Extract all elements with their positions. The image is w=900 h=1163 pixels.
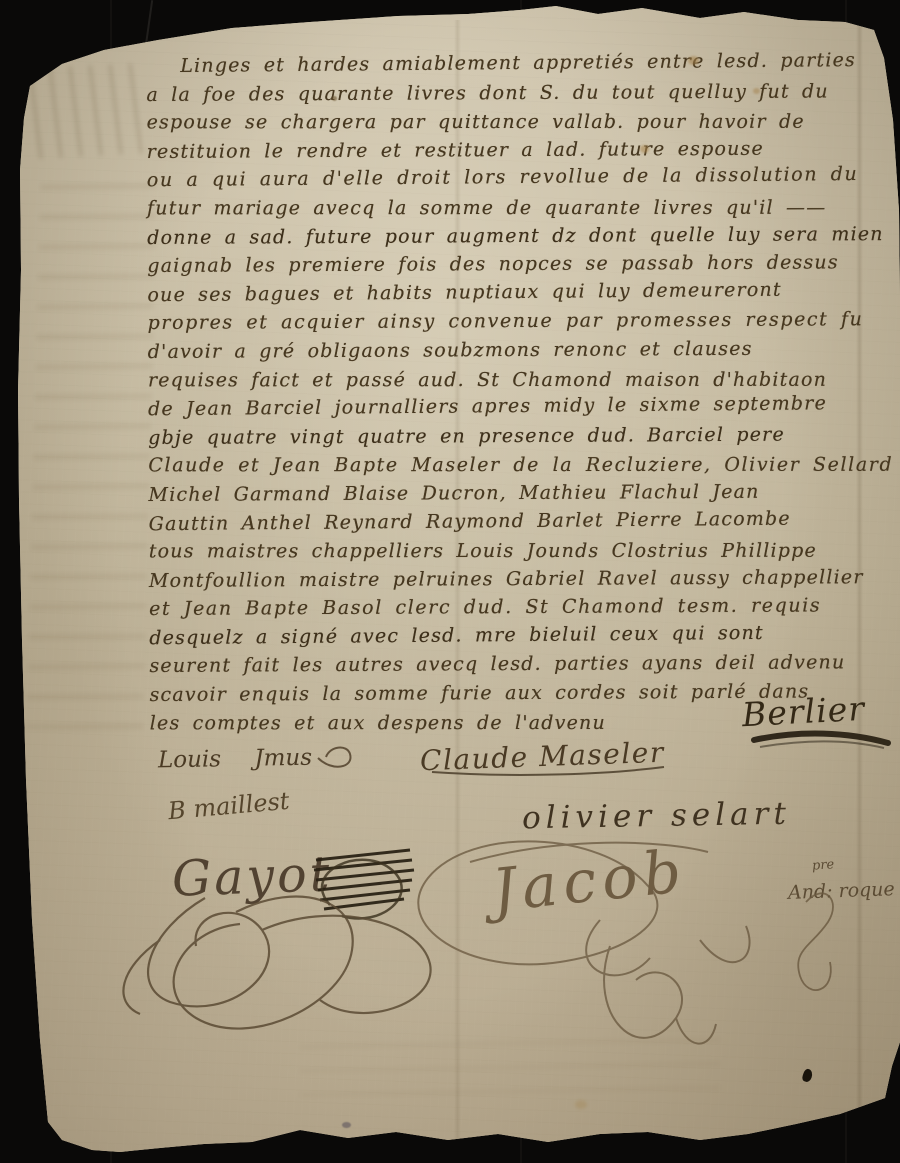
manuscript-line: donne a sad. future pour augment dz dont… [147, 220, 889, 252]
signature-claude-maseler: Claude Maseler [419, 736, 665, 778]
manuscript-line: d'avoir a gré obligaons soubzmons renonc… [148, 334, 890, 366]
manuscript-line: a la foe des quarante livres dont S. du … [146, 77, 888, 109]
ink-bleed-through [27, 169, 158, 732]
manuscript-line: Montfoullion maistre pelruines Gabriel R… [149, 563, 891, 595]
ink-bleed-through [26, 63, 151, 159]
manuscript-line: futur mariage avecq la somme de quarante… [147, 194, 889, 223]
signature-louis: Louis Jmus [158, 745, 312, 774]
manuscript-line: gbje quatre vingt quatre en presence dud… [148, 420, 890, 452]
manuscript-line: espouse se chargera par quittance vallab… [147, 108, 889, 137]
foxing-spot [575, 1100, 587, 1109]
manuscript-line: de Jean Barciel journalliers apres midy … [148, 389, 890, 424]
manuscript-line: Gauttin Anthel Reynard Raymond Barlet Pi… [149, 503, 891, 538]
manuscript-line: Linges et hardes amiablement appretiés e… [146, 46, 888, 81]
signature-b-maillest: B maillest [167, 787, 291, 825]
manuscript-line: desquelz a signé avec lesd. mre bieluil … [149, 618, 891, 653]
ink-speck [342, 1122, 351, 1128]
signature-andre-roque-superscript: pre [812, 857, 835, 874]
manuscript-line: tous maistres chappelliers Louis Jounds … [149, 537, 891, 566]
manuscript-line: Claude et Jean Bapte Maseler de la Reclu… [148, 451, 890, 480]
signature-olivier-selart: olivier selart [522, 796, 791, 837]
signature-berlier: Berlier [741, 689, 866, 734]
manuscript-line: ou a qui aura d'elle droit lors revollue… [147, 160, 889, 195]
signature-andre-roque: And: roque [788, 878, 895, 904]
ink-bleed-through [300, 1035, 720, 1105]
manuscript-page: Linges et hardes amiablement appretiés e… [0, 0, 900, 1163]
signature-gayot: Gayot [171, 845, 333, 908]
paper-hole [801, 1068, 814, 1083]
edge-stain [12, 976, 30, 1024]
manuscript-line: oue ses bagues et habits nuptiaux qui lu… [147, 275, 889, 310]
manuscript-text-block: Linges et hardes amiablement appretiés e… [146, 48, 892, 738]
manuscript-line: seurent fait les autres avecq lesd. part… [149, 649, 891, 681]
photographed-manuscript-scene: { "photo": { "backdrop_color": "#0a0908"… [0, 0, 900, 1163]
manuscript-line: propres et acquier ainsy convenue par pr… [148, 305, 890, 337]
signature-jacob: Jacob [489, 836, 690, 925]
backdrop-scratch [145, 0, 153, 46]
